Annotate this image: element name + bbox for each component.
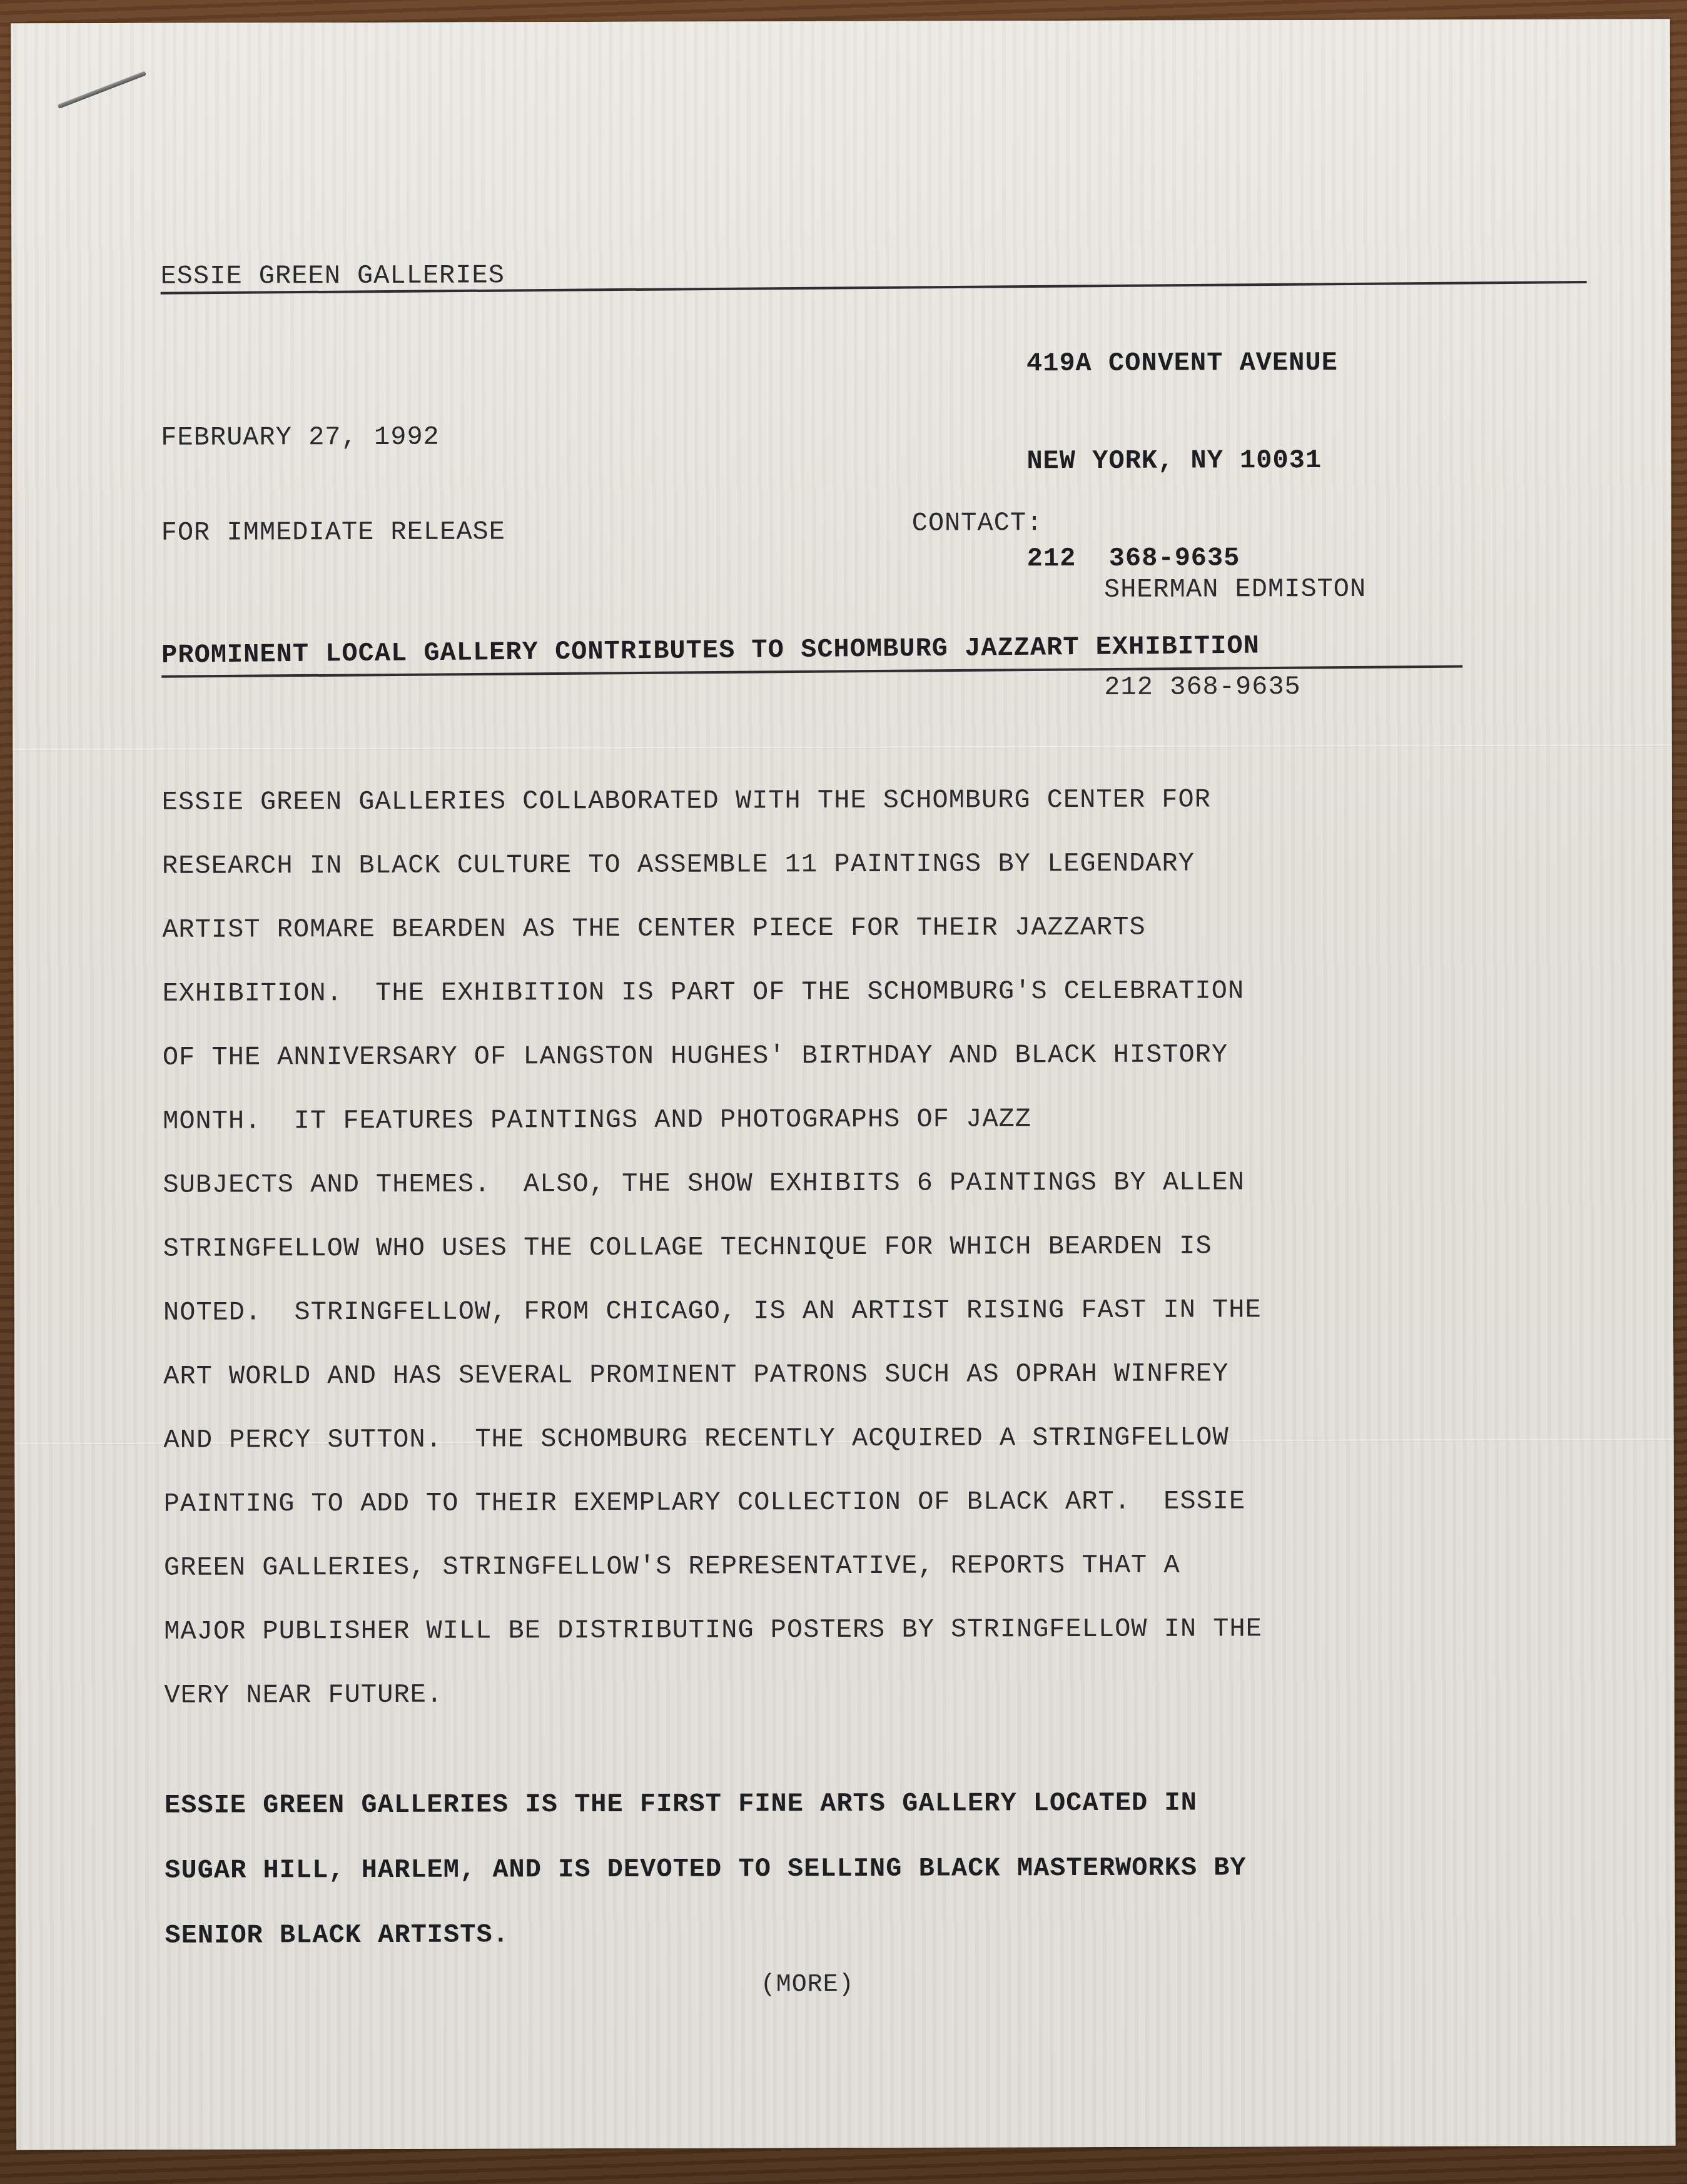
letterhead-gallery-name: ESSIE GREEN GALLERIES: [161, 262, 505, 289]
contact-label: CONTACT:: [912, 510, 1043, 537]
body-line: NOTED. STRINGFELLOW, FROM CHICAGO, IS AN…: [163, 1278, 1262, 1345]
address-city: NEW YORK, NY 10031: [1026, 444, 1338, 477]
body-line: MAJOR PUBLISHER WILL BE DISTRIBUTING POS…: [164, 1597, 1262, 1664]
body-line: ART WORLD AND HAS SEVERAL PROMINENT PATR…: [163, 1342, 1262, 1408]
body-line: ESSIE GREEN GALLERIES COLLABORATED WITH …: [162, 767, 1260, 834]
body-line: AND PERCY SUTTON. THE SCHOMBURG RECENTLY…: [163, 1405, 1262, 1472]
body-line: STRINGFELLOW WHO USES THE COLLAGE TECHNI…: [163, 1214, 1262, 1281]
paper-fold-crease: [13, 745, 1672, 751]
staple-icon: [58, 71, 146, 109]
release-date: FEBRUARY 27, 1992: [161, 424, 440, 451]
closing-line: SENIOR BLACK ARTISTS.: [165, 1900, 1247, 1968]
body-line: ARTIST ROMARE BEARDEN AS THE CENTER PIEC…: [162, 895, 1260, 962]
body-line: MONTH. IT FEATURES PAINTINGS AND PHOTOGR…: [163, 1086, 1261, 1153]
body-line: RESEARCH IN BLACK CULTURE TO ASSEMBLE 11…: [162, 831, 1260, 898]
release-note: FOR IMMEDIATE RELEASE: [161, 518, 505, 545]
closing-paragraph: ESSIE GREEN GALLERIES IS THE FIRST FINE …: [165, 1770, 1247, 1968]
contact-name: SHERMAN EDMISTON: [1104, 573, 1366, 606]
body-paragraph: ESSIE GREEN GALLERIES COLLABORATED WITH …: [162, 767, 1263, 1727]
body-line: VERY NEAR FUTURE.: [164, 1661, 1262, 1727]
body-line: PAINTING TO ADD TO THEIR EXEMPLARY COLLE…: [164, 1469, 1262, 1536]
body-line: OF THE ANNIVERSARY OF LANGSTON HUGHES' B…: [163, 1023, 1261, 1089]
closing-line: ESSIE GREEN GALLERIES IS THE FIRST FINE …: [165, 1770, 1247, 1838]
body-line: SUBJECTS AND THEMES. ALSO, THE SHOW EXHI…: [163, 1150, 1261, 1217]
body-line: GREEN GALLERIES, STRINGFELLOW'S REPRESEN…: [164, 1533, 1262, 1600]
press-release-page: ESSIE GREEN GALLERIES 419A CONVENT AVENU…: [11, 19, 1676, 2150]
closing-line: SUGAR HILL, HARLEM, AND IS DEVOTED TO SE…: [165, 1835, 1247, 1903]
continuation-marker: (MORE): [761, 1973, 854, 1998]
headline: PROMINENT LOCAL GALLERY CONTRIBUTES TO S…: [161, 633, 1260, 669]
body-line: EXHIBITION. THE EXHIBITION IS PART OF TH…: [162, 959, 1260, 1026]
address-street: 419A CONVENT AVENUE: [1026, 346, 1338, 380]
contact-phone: 212 368-9635: [1104, 670, 1366, 704]
